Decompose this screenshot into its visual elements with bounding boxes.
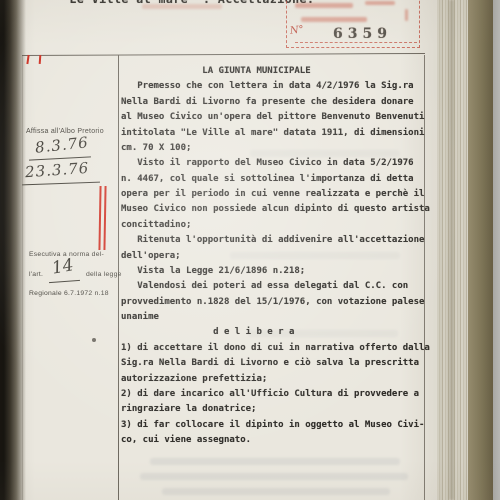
stamp-faded-text <box>365 1 395 5</box>
body-line: unanime <box>121 310 427 325</box>
body-line: al Museo Civico un'opera del pittore Ben… <box>121 110 427 125</box>
body-line: LA GIUNTA MUNICIPALE <box>121 64 427 79</box>
body-line: 3) di far collocare il dipinto in oggett… <box>121 418 427 433</box>
body-line: 2) di dare incarico all'Ufficio Cultura … <box>121 387 427 402</box>
body-line: concittadino; <box>121 218 427 233</box>
body-line: cm. 70 X 100; <box>121 141 427 156</box>
book-binding-gutter <box>0 0 26 500</box>
form-blank-line <box>49 280 80 283</box>
background-edge <box>493 0 500 500</box>
red-emphasis-line <box>103 186 107 250</box>
margin-label-della-legge: della legge <box>86 271 122 278</box>
body-line: Visto il rapporto del Museo Civico in da… <box>121 156 427 171</box>
body-line: Nella Bardi di Livorno fa presente che d… <box>121 95 427 110</box>
body-line: provvedimento n.1828 del 15/1/1976, con … <box>121 295 427 310</box>
frame-top-rule <box>22 53 425 56</box>
handwritten-date-end: 23.3.76 <box>24 159 89 181</box>
body-line: autorizzazione prefettizia; <box>121 372 427 387</box>
handwritten-article-number: 14 <box>50 255 75 278</box>
body-line: Sig.ra Nella Bardi di Livorno e ciò salv… <box>121 356 427 371</box>
red-emphasis-line <box>98 186 102 250</box>
body-line: intitolata "Le Ville al mare" datata 191… <box>121 126 427 141</box>
margin-label-art: l'art. <box>29 271 43 278</box>
ink-dot <box>92 338 96 342</box>
stamp-faded-text <box>301 17 367 22</box>
bleed-through-text <box>150 458 400 465</box>
body-line: n. 4467, col quale si sottolinea l'impor… <box>121 172 427 187</box>
body-line: dell'opera; <box>121 249 427 264</box>
handwritten-date-start: 8.3.76 <box>34 133 89 157</box>
margin-label-esecutiva-3: Regionale 6.7.1972 n.18 <box>29 290 109 297</box>
red-tick-mark <box>26 55 29 64</box>
bleed-through-text <box>162 488 390 495</box>
handwritten-underline <box>22 182 100 186</box>
body-line: Valendosi dei poteri ad essa delegati da… <box>121 279 427 294</box>
typewritten-body: LA GIUNTA MUNICIPALE Premesso che con le… <box>121 64 427 448</box>
body-line: ringraziare la donatrice; <box>121 402 427 417</box>
stamp-number: 6359 <box>333 26 392 42</box>
scanned-document-page: "Le Ville al mare" : Accettazione. N° 63… <box>0 0 500 500</box>
stamp-dashed-underline <box>295 42 417 43</box>
body-line: Vista la Legge 21/6/1896 n.218; <box>121 264 427 279</box>
page-edge-streak <box>449 0 454 500</box>
body-line: Premesso che con lettera in data 4/2/197… <box>121 79 427 94</box>
stamp-faded-mark <box>405 9 408 21</box>
body-line: Ritenuta l'opportunità di addivenire all… <box>121 233 427 248</box>
faded-stamp-mark <box>142 4 222 9</box>
body-line: opera per il periodo in cui venne realiz… <box>121 187 427 202</box>
bleed-through-text <box>140 473 408 480</box>
body-line: d e l i b e r a <box>121 325 427 340</box>
stamp-faded-text <box>295 3 353 8</box>
margin-label-affissa: Affissa all'Albo Pretorio <box>26 128 104 135</box>
body-line: co, cui viene assegnato. <box>121 433 427 448</box>
body-line: Museo Civico non possiede alcun dipinto … <box>121 202 427 217</box>
stamp-number-label: N° <box>289 24 304 36</box>
book-cover-edge <box>468 0 493 500</box>
body-line: 1) di accettare il dono di cui in narrat… <box>121 341 427 356</box>
red-tick-mark <box>39 55 42 64</box>
protocol-stamp: N° 6359 <box>286 0 420 48</box>
